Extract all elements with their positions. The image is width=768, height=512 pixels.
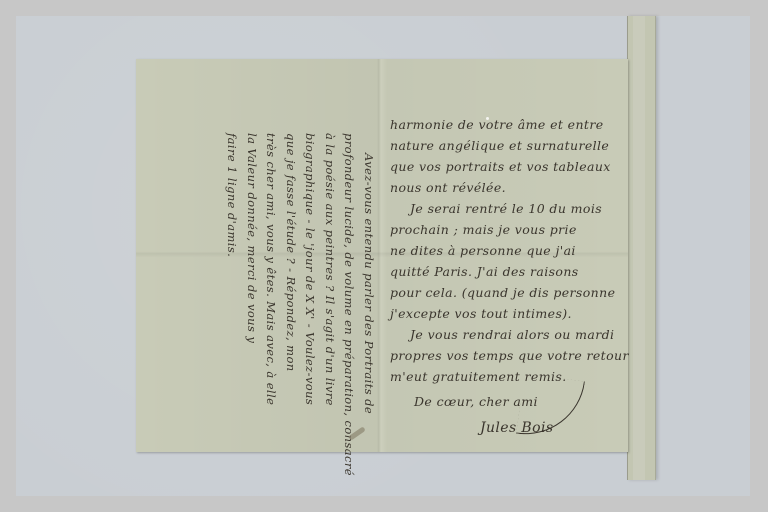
right-line: pour cela. (quand je dis personne	[390, 282, 626, 303]
right-line: quitté Paris. J'ai des raisons	[390, 261, 626, 282]
left-line: profondeur lucide, de volume en préparat…	[339, 133, 359, 473]
left-page-text: Avez-vous entendu parler des Portraits d…	[198, 133, 378, 473]
right-line: ne dites à personne que j'ai	[390, 240, 626, 261]
right-line: que vos portraits et vos tableaux	[390, 156, 626, 177]
left-line: biographique - le 'jour de X X' - Voulez…	[300, 133, 320, 473]
right-line: nous ont révélée.	[390, 177, 626, 198]
right-line: nature angélique et surnaturelle	[390, 135, 626, 156]
letter-sheet: Avez-vous entendu parler des Portraits d…	[136, 59, 628, 452]
left-page: Avez-vous entendu parler des Portraits d…	[136, 59, 379, 452]
right-line: propres vos temps que votre retour	[390, 345, 626, 366]
right-line: prochain ; mais je vous prie	[390, 219, 626, 240]
closing-line: De cœur, cher ami	[390, 391, 626, 412]
right-line: Je vous rendrai alors ou mardi	[390, 324, 626, 345]
hinge-strip-inner	[633, 16, 645, 480]
left-line: très cher ami, vous y êtes. Mais avec, à…	[261, 133, 281, 473]
left-line: à la poésie aux peintres ? Il s'agit d'u…	[320, 133, 340, 473]
right-line: Je serai rentré le 10 du mois	[390, 198, 626, 219]
right-line: j'excepte vos tout intimes).	[390, 303, 626, 324]
right-page-text: harmonie de votre âme et entre nature an…	[390, 114, 626, 439]
signature: Jules Bois	[390, 418, 626, 439]
left-line: faire 1 ligne d'amis.	[222, 133, 242, 473]
right-line: m'eut gratuitement remis.	[390, 366, 626, 387]
right-line: harmonie de votre âme et entre	[390, 114, 626, 135]
left-line: la Valeur donnée, merci de vous y	[242, 133, 262, 473]
left-line: que je fasse l'étude ? - Répondez, mon	[281, 133, 301, 473]
left-line: Avez-vous entendu parler des Portraits d…	[359, 133, 379, 473]
right-page: harmonie de votre âme et entre nature an…	[380, 59, 628, 452]
hinge-strip	[627, 16, 656, 480]
